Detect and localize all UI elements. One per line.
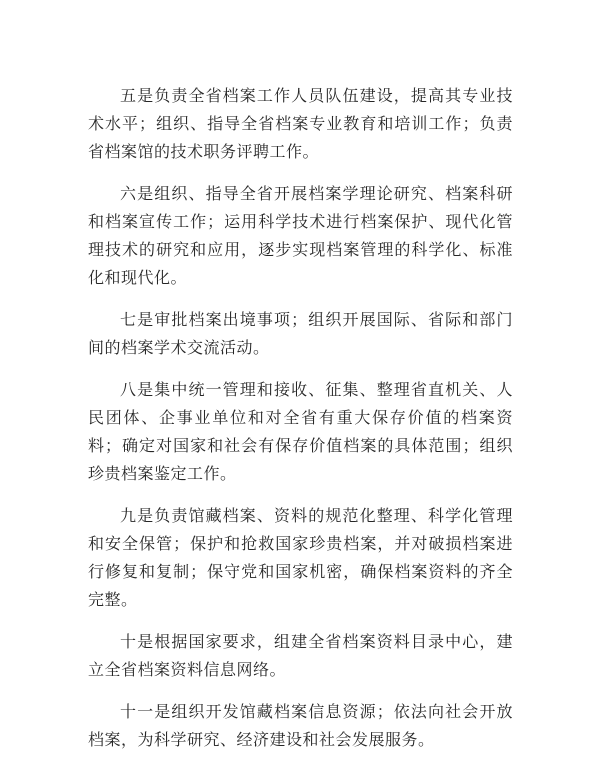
document-page: 五是负责全省档案工作人员队伍建设，提高其专业技术水平；组织、指导全省档案专业教育… (0, 0, 600, 776)
document-body: 五是负责全省档案工作人员队伍建设，提高其专业技术水平；组织、指导全省档案专业教育… (0, 0, 600, 755)
paragraph: 六是组织、指导全省开展档案学理论研究、档案科研和档案宣传工作；运用科学技术进行档… (88, 181, 513, 293)
paragraph: 九是负责馆藏档案、资料的规范化整理、科学化管理和安全保管；保护和抢救国家珍贵档案… (88, 503, 513, 615)
paragraph: 八是集中统一管理和接收、征集、整理省直机关、人民团体、企事业单位和对全省有重大保… (88, 377, 513, 489)
paragraph: 十是根据国家要求，组建全省档案资料目录中心，建立全省档案资料信息网络。 (88, 629, 513, 685)
paragraph: 十一是组织开发馆藏档案信息资源；依法向社会开放档案，为科学研究、经济建设和社会发… (88, 699, 513, 755)
paragraph: 七是审批档案出境事项；组织开展国际、省际和部门间的档案学术交流活动。 (88, 307, 513, 363)
paragraph: 五是负责全省档案工作人员队伍建设，提高其专业技术水平；组织、指导全省档案专业教育… (88, 83, 513, 167)
